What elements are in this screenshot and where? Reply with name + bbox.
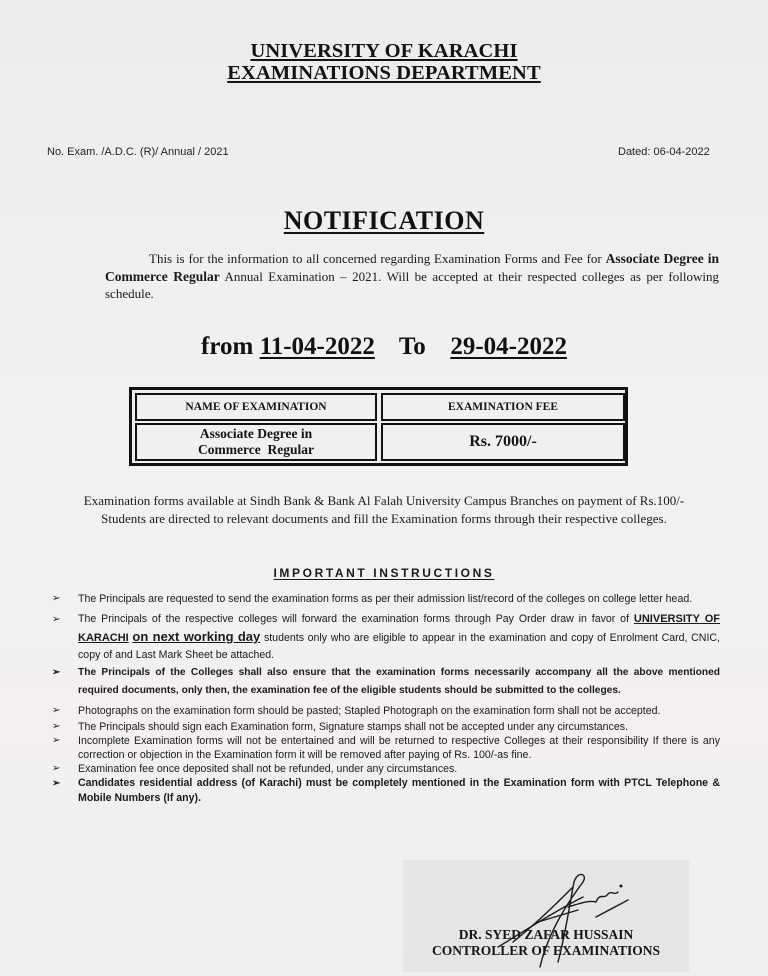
table-header-exam-name: NAME OF EXAMINATION: [135, 393, 377, 421]
list-item: ➢ The Principals of the respective colle…: [52, 611, 720, 664]
start-date: 11-04-2022: [260, 333, 375, 360]
arrowhead-bullet-icon: ➢: [52, 589, 60, 609]
schedule-dates: from 11-04-2022 To 29-04-2022: [0, 333, 768, 361]
issue-date: Dated: 06-04-2022: [618, 146, 710, 158]
arrowhead-bullet-icon: ➢: [52, 704, 60, 718]
arrowhead-bullet-icon: ➢: [52, 720, 60, 734]
department-name: EXAMINATIONS DEPARTMENT: [0, 62, 768, 84]
availability-note: Examination forms available at Sindh Ban…: [0, 492, 768, 528]
list-item: ➢ The Principals should sign each Examin…: [52, 720, 720, 734]
reference-number: No. Exam. /A.D.C. (R)/ Annual / 2021: [47, 146, 229, 158]
arrowhead-bullet-icon: ➢: [52, 664, 60, 682]
table-cell-exam-fee: Rs. 7000/-: [381, 423, 625, 461]
arrowhead-bullet-icon: ➢: [52, 611, 60, 628]
list-item: ➢ Examination fee once deposited shall n…: [52, 762, 720, 776]
page-title: NOTIFICATION: [0, 206, 768, 236]
instructions-list: ➢ The Principals are requested to send t…: [52, 589, 720, 806]
end-date: 29-04-2022: [450, 333, 567, 360]
university-name: UNIVERSITY OF KARACHI: [0, 40, 768, 62]
list-item: ➢ The Principals are requested to send t…: [52, 589, 720, 609]
deadline-emphasis: on next working day: [132, 629, 260, 644]
list-item: ➢ The Principals of the Colleges shall a…: [52, 664, 720, 700]
arrowhead-bullet-icon: ➢: [52, 776, 60, 791]
instructions-heading: IMPORTANT INSTRUCTIONS: [0, 566, 768, 580]
table-header-exam-fee: EXAMINATION FEE: [381, 393, 625, 421]
intro-paragraph: This is for the information to all conce…: [105, 250, 719, 303]
fee-table: NAME OF EXAMINATION EXAMINATION FEE Asso…: [129, 387, 628, 466]
list-item: ➢ Candidates residential address (of Kar…: [52, 776, 720, 806]
list-item: ➢ Incomplete Examination forms will not …: [52, 734, 720, 762]
arrowhead-bullet-icon: ➢: [52, 734, 60, 748]
table-cell-exam-name: Associate Degree in Commerce Regular: [135, 423, 377, 461]
handwritten-signature-icon: [478, 862, 638, 972]
list-item: ➢ Photographs on the examination form sh…: [52, 704, 720, 718]
arrowhead-bullet-icon: ➢: [52, 762, 60, 776]
